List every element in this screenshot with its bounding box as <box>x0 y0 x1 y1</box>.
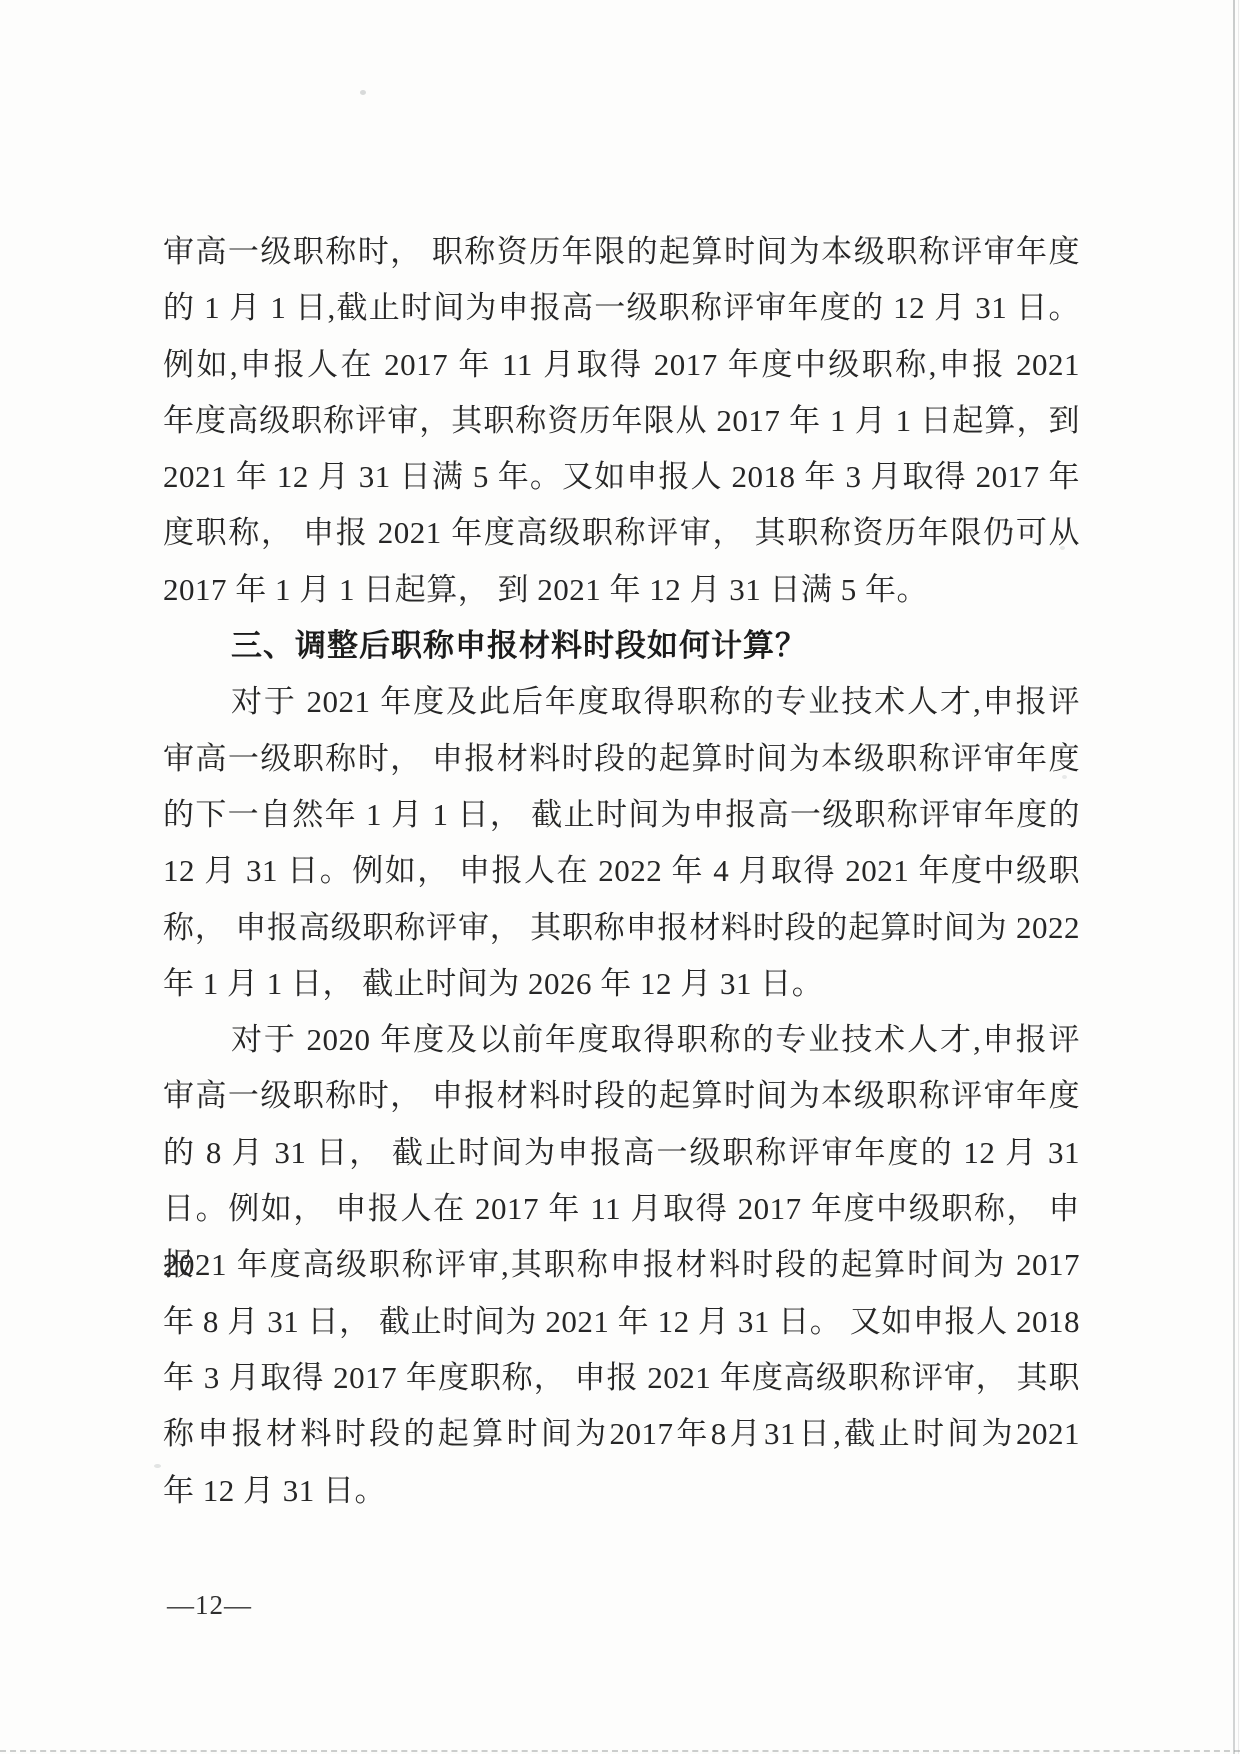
text-line: 12 月 31 日。例如， 申报人在 2022 年 4 月取得 2021 年度中… <box>163 843 1080 899</box>
scan-speck <box>1062 775 1067 779</box>
text-line: 年度高级职称评审，其职称资历年限从 2017 年 1 月 1 日起算，到 <box>163 393 1080 449</box>
text-line: 的下一自然年 1 月 1 日， 截止时间为申报高一级职称评审年度的 <box>163 787 1080 843</box>
scan-speck <box>360 90 366 95</box>
text-line: 2017 年 1 月 1 日起算， 到 2021 年 12 月 31 日满 5 … <box>163 562 1080 618</box>
text-line: 年 12 月 31 日。 <box>163 1463 1080 1519</box>
text-line: 审高一级职称时， 职称资历年限的起算时间为本级职称评审年度 <box>163 224 1080 280</box>
text-line: 审高一级职称时， 申报材料时段的起算时间为本级职称评审年度 <box>163 1068 1080 1124</box>
scan-speck <box>154 1464 161 1468</box>
paragraph-first-line: 对于 2021 年度及此后年度取得职称的专业技术人才,申报评 <box>163 674 1080 730</box>
scan-bottom-perforation <box>0 1750 1240 1752</box>
scan-edge-line-faint <box>1238 0 1239 1754</box>
section-heading: 三、调整后职称申报材料时段如何计算？ <box>163 618 1080 674</box>
scan-speck <box>1060 546 1065 550</box>
scanned-document-page: 审高一级职称时， 职称资历年限的起算时间为本级职称评审年度 的 1 月 1 日,… <box>0 0 1240 1754</box>
text-line: 度职称， 申报 2021 年度高级职称评审， 其职称资历年限仍可从 <box>163 505 1080 561</box>
text-line: 2021 年 12 月 31 日满 5 年。又如申报人 2018 年 3 月取得… <box>163 449 1080 505</box>
text-line: 年 3 月取得 2017 年度职称， 申报 2021 年度高级职称评审， 其职 <box>163 1350 1080 1406</box>
page-number: —12— <box>167 1585 252 1625</box>
scan-edge-line <box>1233 0 1235 1754</box>
paragraph-first-line: 对于 2020 年度及以前年度取得职称的专业技术人才,申报评 <box>163 1012 1080 1068</box>
text-line: 称， 申报高级职称评审， 其职称申报材料时段的起算时间为 2022 <box>163 900 1080 956</box>
text-line: 例如,申报人在 2017 年 11 月取得 2017 年度中级职称,申报 202… <box>163 337 1080 393</box>
text-line: 的 1 月 1 日,截止时间为申报高一级职称评审年度的 12 月 31 日。 <box>163 280 1080 336</box>
text-line: 年 8 月 31 日， 截止时间为 2021 年 12 月 31 日。 又如申报… <box>163 1294 1080 1350</box>
text-line: 2021 年度高级职称评审,其职称申报材料时段的起算时间为 2017 <box>163 1237 1080 1293</box>
text-line: 审高一级职称时， 申报材料时段的起算时间为本级职称评审年度 <box>163 731 1080 787</box>
document-body: 审高一级职称时， 职称资历年限的起算时间为本级职称评审年度 的 1 月 1 日,… <box>163 224 1080 1519</box>
text-line: 的 8 月 31 日， 截止时间为申报高一级职称评审年度的 12 月 31 <box>163 1125 1080 1181</box>
text-line: 日。例如， 申报人在 2017 年 11 月取得 2017 年度中级职称， 申报 <box>163 1181 1080 1237</box>
text-line: 称申报材料时段的起算时间为2017年8月31日,截止时间为2021 <box>163 1406 1080 1462</box>
text-line: 年 1 月 1 日， 截止时间为 2026 年 12 月 31 日。 <box>163 956 1080 1012</box>
